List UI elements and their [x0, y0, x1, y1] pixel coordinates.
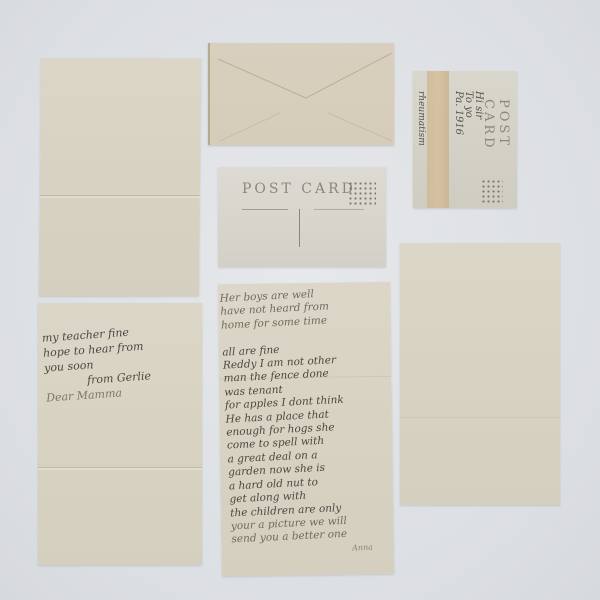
postcard-printed-title: POST CARD — [242, 181, 356, 197]
address-rule-right — [314, 209, 364, 210]
postcard-handwriting-left: rheumatism — [416, 91, 425, 146]
fold-line — [400, 417, 560, 418]
divider-line — [299, 209, 300, 247]
letter-handwriting: my teacher fine hope to hear from you so… — [42, 323, 153, 405]
envelope-flap-lines — [210, 43, 396, 145]
postcard-top-right: POST CARD Hi sir To yo Pa. 1916 rheumati… — [413, 71, 517, 208]
postcard-center: POST CARD — [218, 167, 386, 267]
tape-strip — [427, 71, 449, 208]
letter-handwriting: Her boys are well have not heard from ho… — [219, 286, 373, 561]
stamp-box — [481, 179, 503, 205]
postcard-printed-title: POST CARD — [481, 99, 511, 151]
postcard-handwriting: Hi sir To yo Pa. 1916 — [453, 91, 483, 135]
fold-highlight — [40, 196, 200, 198]
letter-right — [400, 243, 560, 505]
letter-top-left — [39, 58, 201, 296]
stamp-box — [348, 181, 376, 205]
letter-bottom-center: Her boys are well have not heard from ho… — [218, 282, 394, 576]
letter-bottom-left: my teacher fine hope to hear from you so… — [38, 303, 202, 565]
address-rule-left — [242, 209, 288, 210]
envelope — [208, 43, 394, 145]
fold-highlight — [38, 468, 202, 470]
